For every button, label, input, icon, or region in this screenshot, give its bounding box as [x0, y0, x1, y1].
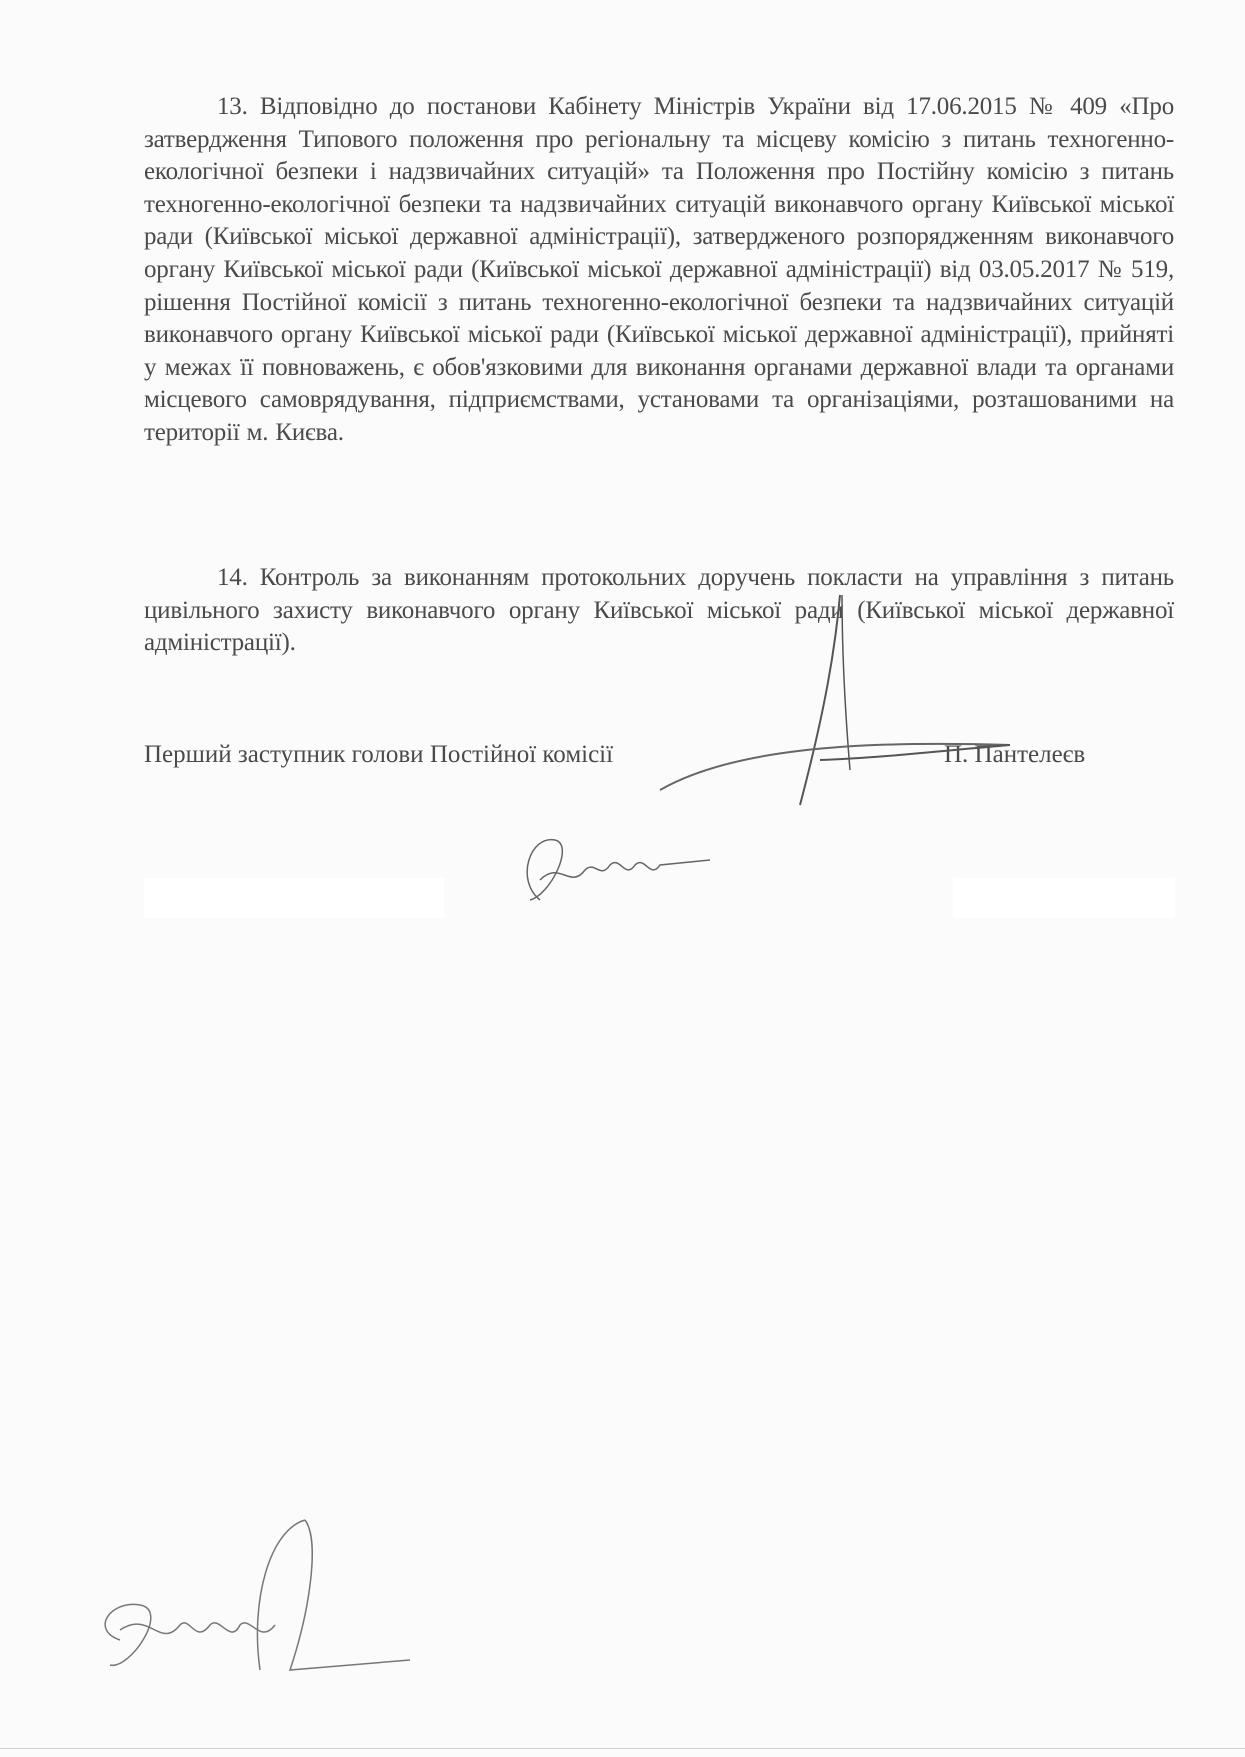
- signatory-title: Перший заступник голови Постійної комісі…: [144, 741, 613, 769]
- redacted-field: [953, 878, 1175, 918]
- initials-icon: [90, 1510, 420, 1700]
- signature-icon: [650, 590, 1050, 820]
- redacted-field: [144, 878, 444, 918]
- initials-icon: [510, 820, 720, 920]
- paragraph-13: 13. Відповідно до постанови Кабінету Мін…: [144, 91, 1174, 450]
- page-edge-divider: [0, 1748, 1245, 1749]
- document-page: 13. Відповідно до постанови Кабінету Мін…: [0, 0, 1245, 1757]
